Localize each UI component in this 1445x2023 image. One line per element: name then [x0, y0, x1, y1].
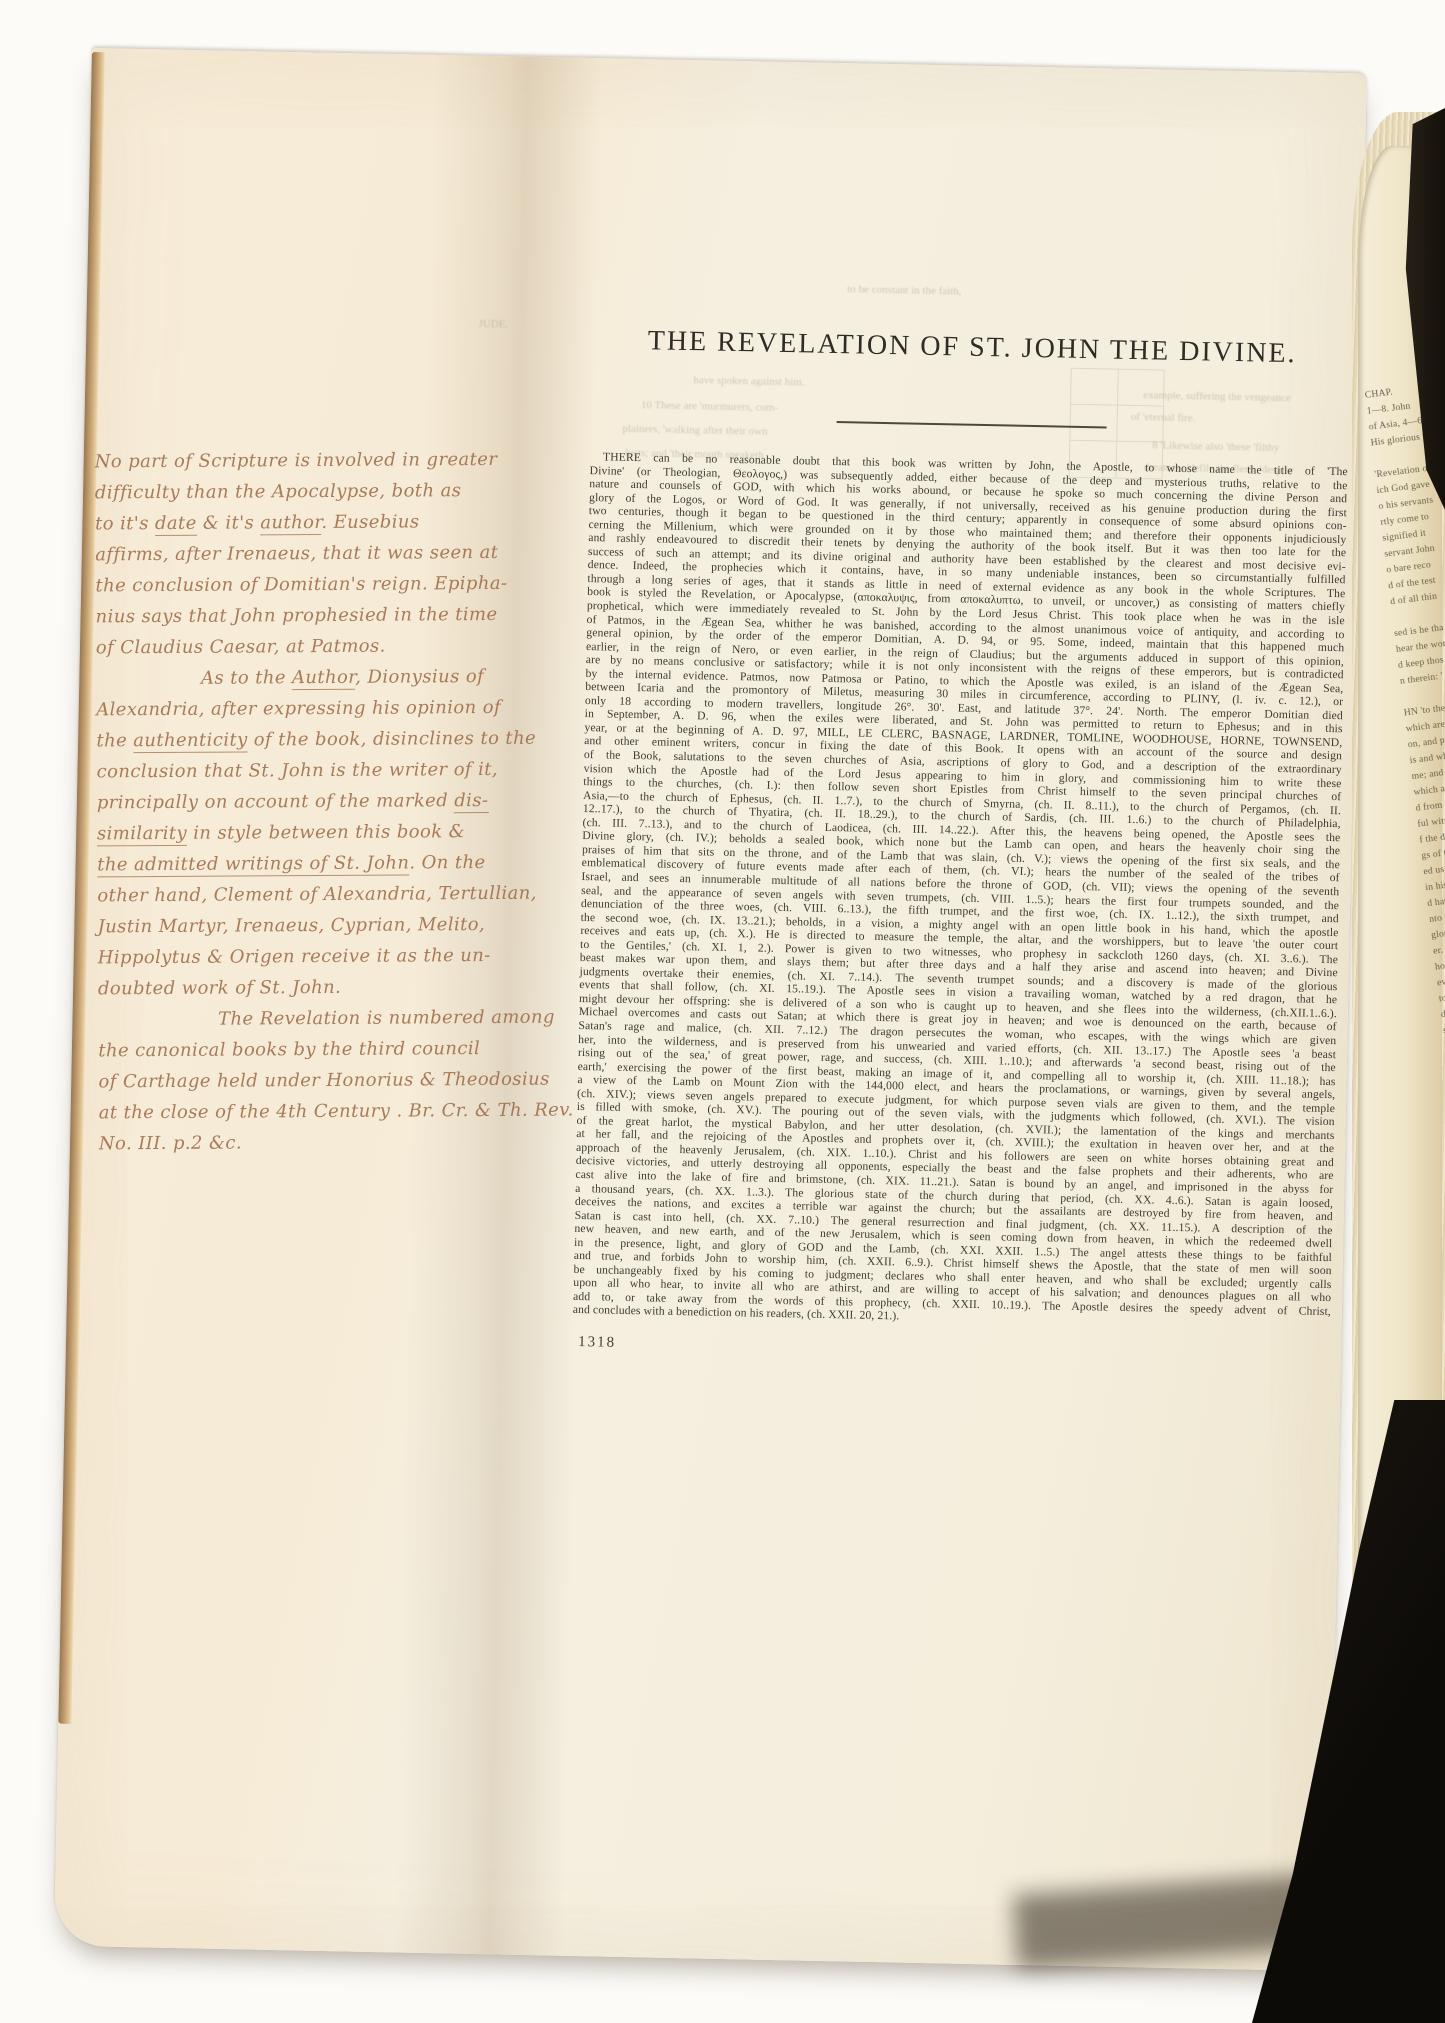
- manuscript-line: of Carthage held under Honorius & Theodo…: [98, 1069, 490, 1102]
- manuscript-line: conclusion that St. John is the writer o…: [97, 759, 489, 792]
- manuscript-line: Alexandria, after expressing his opinion…: [96, 697, 488, 730]
- manuscript-line: similarity in style between this book &: [97, 821, 489, 854]
- manuscript-line: difficulty than the Apocalypse, both as: [95, 480, 487, 513]
- manuscript-line: The Revelation is numbered among: [218, 1007, 490, 1040]
- book-photograph: { "colors": { "paper_left": "#f6ebd6", "…: [0, 0, 1445, 2023]
- manuscript-line: affirms, after Irenaeus, that it was see…: [95, 542, 487, 575]
- manuscript-line: principally on account of the marked dis…: [97, 790, 489, 823]
- manuscript-line: the conclusion of Domitian's reign. Epip…: [95, 573, 487, 606]
- manuscript-notes: No part of Scripture is involved in grea…: [95, 449, 491, 1164]
- manuscript-line: the admitted writings of St. John. On th…: [97, 852, 489, 885]
- open-book-spread: JUDE.to be constant in the faith,have sp…: [54, 48, 1367, 1971]
- printed-paragraph: THERE can be no reasonable doubt that th…: [573, 450, 1348, 1332]
- manuscript-line: the authenticity of the book, disincline…: [96, 728, 488, 761]
- manuscript-line: other hand, Clement of Alexandria, Tertu…: [97, 883, 489, 916]
- manuscript-line: Hippolytus & Origen receive it as the un…: [98, 945, 490, 978]
- bleed-fragment: JUDE.: [478, 318, 508, 331]
- title-rule: [837, 421, 1107, 428]
- bleed-fragment: example, suffering the vengeance: [1143, 389, 1291, 404]
- manuscript-line: As to the Author, Dionysius of: [201, 666, 488, 699]
- bleed-fragment: plainers, 'walking after their own: [622, 423, 767, 438]
- manuscript-line: at the close of the 4th Century . Br. Cr…: [99, 1100, 491, 1133]
- manuscript-line: nius says that John prophesied in the ti…: [96, 604, 488, 637]
- manuscript-line: No. III. p.2 &c.: [99, 1131, 491, 1164]
- bleed-fragment: 10 These are 'murmurers, com-: [641, 399, 778, 414]
- manuscript-line: of Claudius Caesar, at Patmos.: [96, 635, 488, 668]
- manuscript-line: doubted work of St. John.: [98, 976, 490, 1009]
- manuscript-line: to it's date & it's author. Eusebius: [95, 511, 487, 544]
- manuscript-line: Justin Martyr, Irenaeus, Cyprian, Melito…: [97, 914, 489, 947]
- manuscript-line: No part of Scripture is involved in grea…: [95, 449, 487, 482]
- bleed-fragment: have spoken against him.: [693, 374, 804, 388]
- page-title: THE REVELATION OF ST. JOHN THE DIVINE.: [591, 324, 1353, 371]
- bleed-fragment: to be constant in the faith,: [847, 283, 961, 297]
- page-number: 1318: [578, 1334, 616, 1352]
- manuscript-line: the canonical books by the third council: [98, 1038, 490, 1071]
- bleed-fragment: 8 'Likewise also 'these 'filthy: [1152, 439, 1279, 454]
